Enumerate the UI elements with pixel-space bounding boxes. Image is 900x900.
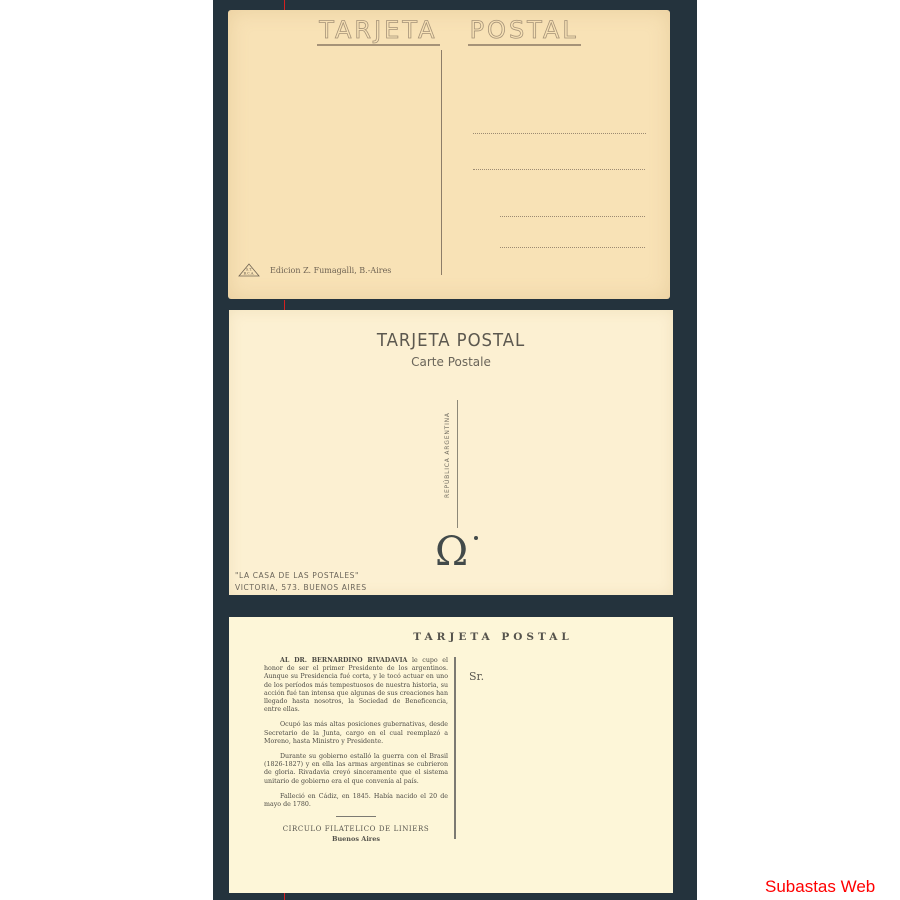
card3-organization: CIRCULO FILATELICO DE LINIERS bbox=[264, 825, 448, 833]
postcard-1: TARJETAPOSTAL S.T.B.C.A. Edicion Z. Fuma… bbox=[228, 10, 670, 299]
card3-paragraph-text: Falleció en Cádiz, en 1845. Había nacido… bbox=[264, 793, 448, 808]
address-line bbox=[473, 169, 645, 170]
address-line bbox=[500, 216, 645, 217]
card3-paragraph: Ocupó las más altas posiciones gubernati… bbox=[264, 721, 448, 746]
card3-rule bbox=[336, 816, 376, 817]
card2-publisher: "LA CASA DE LAS POSTALES" VICTORIA, 573.… bbox=[235, 570, 367, 594]
omega-logo-icon: Ω bbox=[435, 532, 468, 572]
card3-paragraph-text: Durante su gobierno estalló la guerra co… bbox=[264, 753, 448, 785]
card3-lead: AL DR. BERNARDINO RIVADAVIA bbox=[280, 657, 407, 664]
red-mark bbox=[284, 300, 285, 310]
card3-paragraph: Durante su gobierno estalló la guerra co… bbox=[264, 753, 448, 786]
postcard-2: TARJETA POSTAL Carte Postale REPÚBLICA A… bbox=[229, 310, 673, 595]
card3-paragraph-text: Ocupó las más altas posiciones gubernati… bbox=[264, 721, 448, 744]
card2-publisher-line1: "LA CASA DE LAS POSTALES" bbox=[235, 570, 367, 582]
card3-body: AL DR. BERNARDINO RIVADAVIA le cupo el h… bbox=[264, 657, 448, 844]
address-line bbox=[473, 133, 646, 134]
card3-paragraph-text: le cupo el honor de ser el primer Presid… bbox=[264, 657, 448, 713]
card2-vertical-text: REPÚBLICA ARGENTINA bbox=[444, 412, 451, 498]
card3-paragraph: AL DR. BERNARDINO RIVADAVIA le cupo el h… bbox=[264, 657, 448, 714]
card2-subtitle: Carte Postale bbox=[229, 355, 673, 369]
card3-paragraph: Falleció en Cádiz, en 1845. Había nacido… bbox=[264, 793, 448, 809]
card1-title: TARJETAPOSTAL bbox=[228, 16, 670, 44]
omega-logo-dot bbox=[474, 536, 478, 540]
card1-publisher-text: Edicion Z. Fumagalli, B.-Aires bbox=[270, 266, 391, 275]
card2-divider bbox=[457, 400, 458, 528]
postcard-3: TARJETA POSTAL Sr. AL DR. BERNARDINO RIV… bbox=[229, 617, 673, 893]
card3-title: TARJETA POSTAL bbox=[229, 631, 673, 643]
watermark: Subastas Web bbox=[765, 877, 875, 897]
card1-title-word-1: TARJETA bbox=[317, 16, 439, 46]
address-line bbox=[500, 247, 645, 248]
red-mark bbox=[284, 893, 285, 900]
card2-publisher-line2: VICTORIA, 573. BUENOS AIRES bbox=[235, 582, 367, 594]
card3-divider bbox=[454, 657, 456, 839]
red-mark bbox=[284, 0, 285, 10]
card1-divider bbox=[441, 50, 442, 275]
svg-text:B.C.A.: B.C.A. bbox=[244, 272, 255, 276]
card1-publisher: S.T.B.C.A. Edicion Z. Fumagalli, B.-Aire… bbox=[238, 263, 391, 277]
triangle-logo-icon: S.T.B.C.A. bbox=[238, 263, 260, 277]
card3-city: Buenos Aires bbox=[264, 835, 448, 843]
card2-title: TARJETA POSTAL bbox=[247, 330, 655, 351]
card3-salutation: Sr. bbox=[469, 670, 484, 683]
card1-title-word-2: POSTAL bbox=[468, 16, 581, 46]
